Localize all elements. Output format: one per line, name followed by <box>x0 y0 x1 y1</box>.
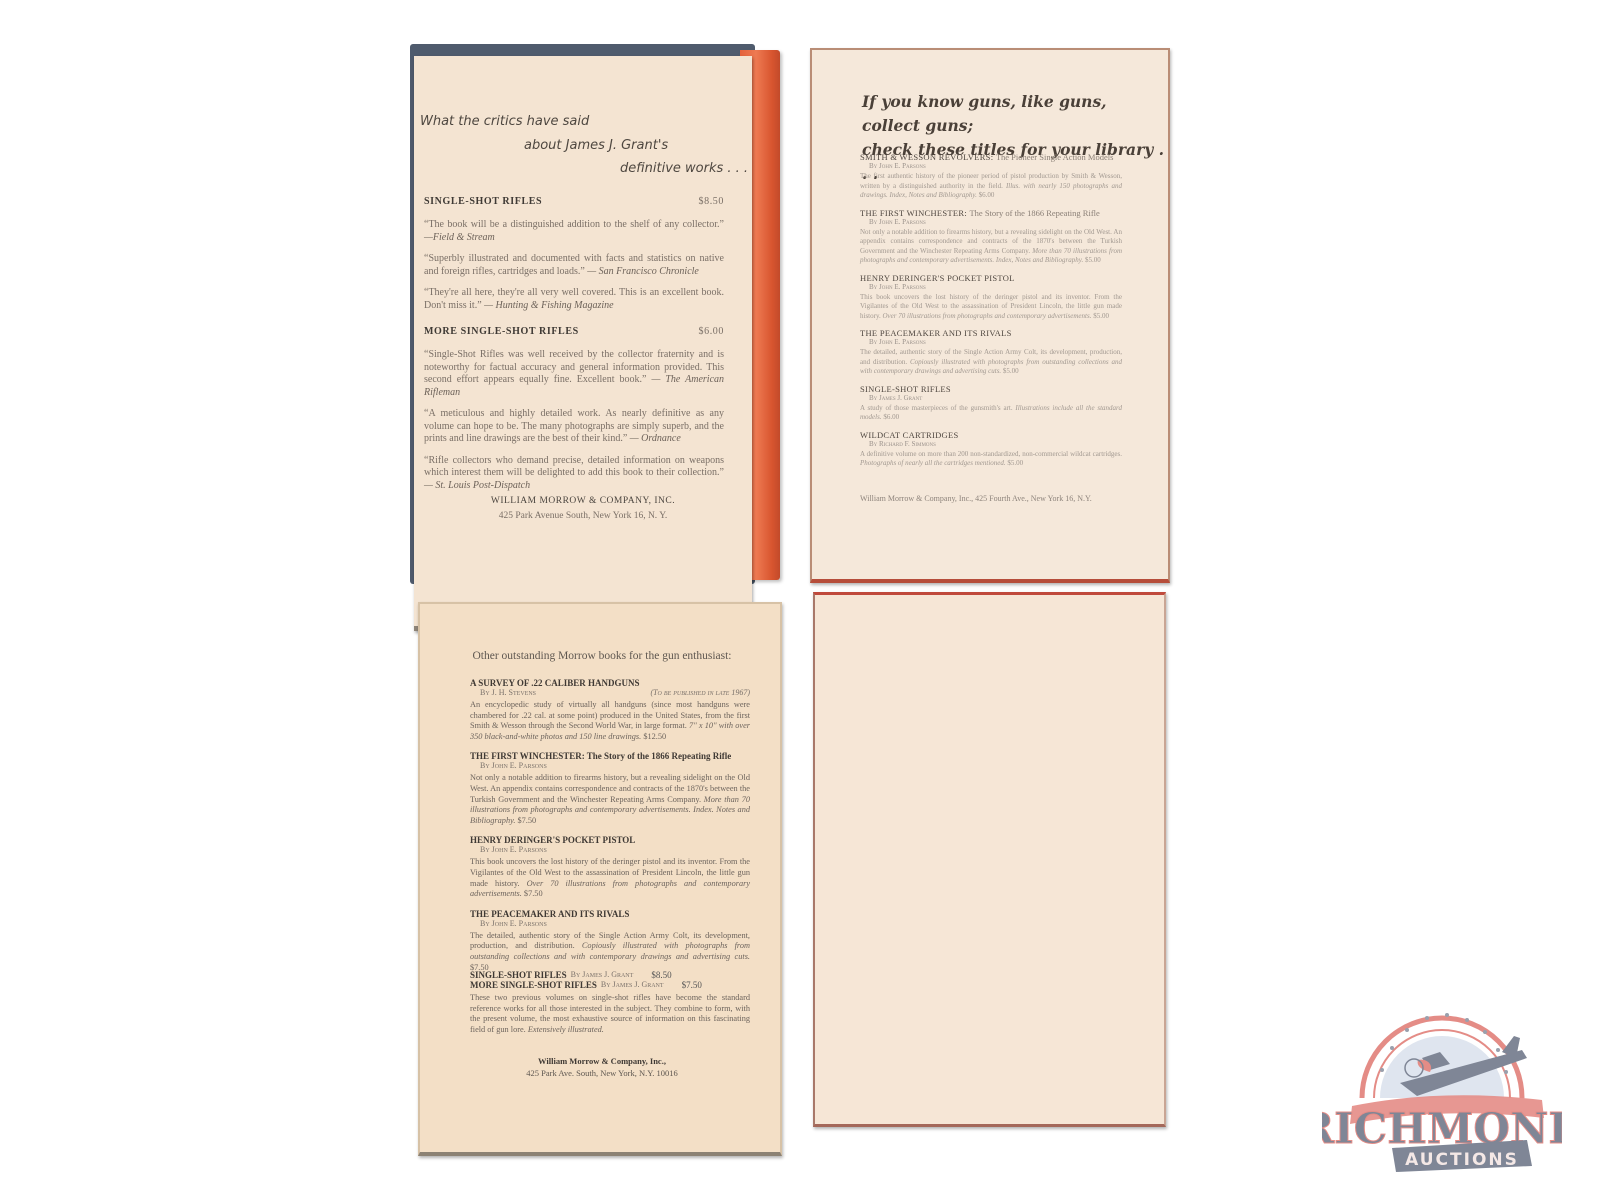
publisher-block: William Morrow & Company, Inc., 425 Park… <box>420 1056 784 1078</box>
book-back-critics: What the critics have said about James J… <box>410 44 790 589</box>
listing-author: By John E. Parsons <box>860 218 1122 226</box>
dust-jacket-back: If you know guns, like guns, collect gun… <box>810 48 1170 583</box>
listing-author: By J. H. Stevens(To be published in late… <box>470 688 750 697</box>
book-back-library-titles: If you know guns, like guns, collect gun… <box>810 48 1170 583</box>
publisher-address: 425 Park Avenue South, New York 16, N. Y… <box>414 511 752 521</box>
critics-heading-2: about James J. Grant's <box>524 138 668 153</box>
listing-title: THE PEACEMAKER AND ITS RIVALS <box>860 328 1122 338</box>
publisher-block: WILLIAM MORROW & COMPANY, INC. 425 Park … <box>414 496 752 521</box>
listing-author: By John E. Parsons <box>860 338 1122 346</box>
publisher-line: William Morrow & Company, Inc., 425 Four… <box>860 494 1130 503</box>
publisher-name: WILLIAM MORROW & COMPANY, INC. <box>414 496 752 506</box>
listing-title: THE FIRST WINCHESTER: The Story of the 1… <box>860 208 1122 218</box>
book-listing: THE FIRST WINCHESTER: The Story of the 1… <box>860 208 1122 266</box>
grant-title-row: SINGLE-SHOT RIFLESBy James J. Grant$8.50 <box>470 970 750 980</box>
grant-description: These two previous volumes on single-sho… <box>470 993 750 1035</box>
critic-quote: “Single-Shot Rifles was well received by… <box>424 349 724 399</box>
book-listing: HENRY DERINGER'S POCKET PISTOL By John E… <box>470 835 750 899</box>
book-listing: SMITH & WESSON REVOLVERS: The Pioneer Si… <box>860 152 1122 201</box>
grant-titles: SINGLE-SHOT RIFLESBy James J. Grant$8.50… <box>470 970 750 1044</box>
listing-author: By John E. Parsons <box>470 845 750 854</box>
listing-description: A study of those masterpieces of the gun… <box>860 404 1122 423</box>
listing-description: Not only a notable addition to firearms … <box>860 228 1122 266</box>
listing-title: WILDCAT CARTRIDGES <box>860 430 1122 440</box>
section-price: $8.50 <box>699 196 725 207</box>
critics-heading-3: definitive works . . . <box>620 161 748 176</box>
intro-line: Other outstanding Morrow books for the g… <box>420 650 784 662</box>
listing-author: By John E. Parsons <box>860 162 1122 170</box>
critic-quote: “Superbly illustrated and documented wit… <box>424 253 724 278</box>
critic-quote: “Rifle collectors who demand precise, de… <box>424 455 724 493</box>
listing-description: An encyclopedic study of virtually all h… <box>470 700 750 742</box>
title-list: A SURVEY OF .22 CALIBER HANDGUNS By J. H… <box>470 678 750 982</box>
book-listing: THE FIRST WINCHESTER: The Story of the 1… <box>470 751 750 826</box>
listing-description: The detailed, authentic story of the Sin… <box>860 348 1122 377</box>
dust-jacket-back: What the critics have said about James J… <box>414 56 752 631</box>
listing-author: By John E. Parsons <box>470 919 750 928</box>
listing-description: This book uncovers the lost history of t… <box>860 293 1122 322</box>
book-listing: HENRY DERINGER'S POCKET PISTOL By John E… <box>860 273 1122 322</box>
listing-title: HENRY DERINGER'S POCKET PISTOL <box>470 835 750 845</box>
listing-title: SMITH & WESSON REVOLVERS: The Pioneer Si… <box>860 152 1122 162</box>
critics-section-1: SINGLE-SHOT RIFLES $8.50 “The book will … <box>424 196 724 321</box>
critic-quote: “They're all here, they're all very well… <box>424 287 724 312</box>
listing-description: The first authentic history of the pione… <box>860 172 1122 201</box>
section-title: MORE SINGLE-SHOT RIFLES <box>424 326 579 337</box>
critics-section-2: MORE SINGLE-SHOT RIFLES $6.00 “Single-Sh… <box>424 326 724 501</box>
title-list: SMITH & WESSON REVOLVERS: The Pioneer Si… <box>860 152 1122 476</box>
book-listing: THE PEACEMAKER AND ITS RIVALS By John E.… <box>470 909 750 973</box>
critic-quote: “A meticulous and highly detailed work. … <box>424 408 724 446</box>
listing-title: A SURVEY OF .22 CALIBER HANDGUNS <box>470 678 750 688</box>
svg-text:AUCTIONS: AUCTIONS <box>1405 1150 1519 1170</box>
book-back-morrow-titles: Other outstanding Morrow books for the g… <box>418 602 782 1156</box>
listing-description: This book uncovers the lost history of t… <box>470 857 750 899</box>
listing-note: (To be published in late 1967) <box>650 688 750 697</box>
critics-heading-1: What the critics have said <box>420 114 589 129</box>
listing-title: THE PEACEMAKER AND ITS RIVALS <box>470 909 750 919</box>
listing-description: Not only a notable addition to firearms … <box>470 773 750 826</box>
listing-description: The detailed, authentic story of the Sin… <box>470 931 750 973</box>
listing-title: THE FIRST WINCHESTER: The Story of the 1… <box>470 751 750 761</box>
dust-jacket-back: Other outstanding Morrow books for the g… <box>418 602 782 1156</box>
book-listing: WILDCAT CARTRIDGES By Richard F. Simmons… <box>860 430 1122 469</box>
publisher-address: 425 Park Ave. South, New York, N.Y. 1001… <box>420 1068 784 1078</box>
richmond-auctions-logo: RICHMOND AUCTIONS <box>1322 978 1562 1178</box>
listing-author: By Richard F. Simmons <box>860 440 1122 448</box>
listing-title: SINGLE-SHOT RIFLES <box>860 384 1122 394</box>
publisher-name: William Morrow & Company, Inc., <box>420 1056 784 1066</box>
listing-author: By James J. Grant <box>860 394 1122 402</box>
listing-author: By John E. Parsons <box>470 761 750 770</box>
listing-author: By John E. Parsons <box>860 283 1122 291</box>
critic-quote: “The book will be a distinguished additi… <box>424 219 724 244</box>
grant-title-row: MORE SINGLE-SHOT RIFLESBy James J. Grant… <box>470 980 750 990</box>
listing-title: HENRY DERINGER'S POCKET PISTOL <box>860 273 1122 283</box>
section-title: SINGLE-SHOT RIFLES <box>424 196 542 207</box>
book-listing: SINGLE-SHOT RIFLES By James J. GrantA st… <box>860 384 1122 423</box>
listing-description: A definitive volume on more than 200 non… <box>860 450 1122 469</box>
book-listing: THE PEACEMAKER AND ITS RIVALS By John E.… <box>860 328 1122 377</box>
section-price: $6.00 <box>699 326 725 337</box>
book-listing: A SURVEY OF .22 CALIBER HANDGUNS By J. H… <box>470 678 750 742</box>
blank-cloth-back <box>813 592 1166 1127</box>
book-back-blank <box>813 592 1166 1127</box>
